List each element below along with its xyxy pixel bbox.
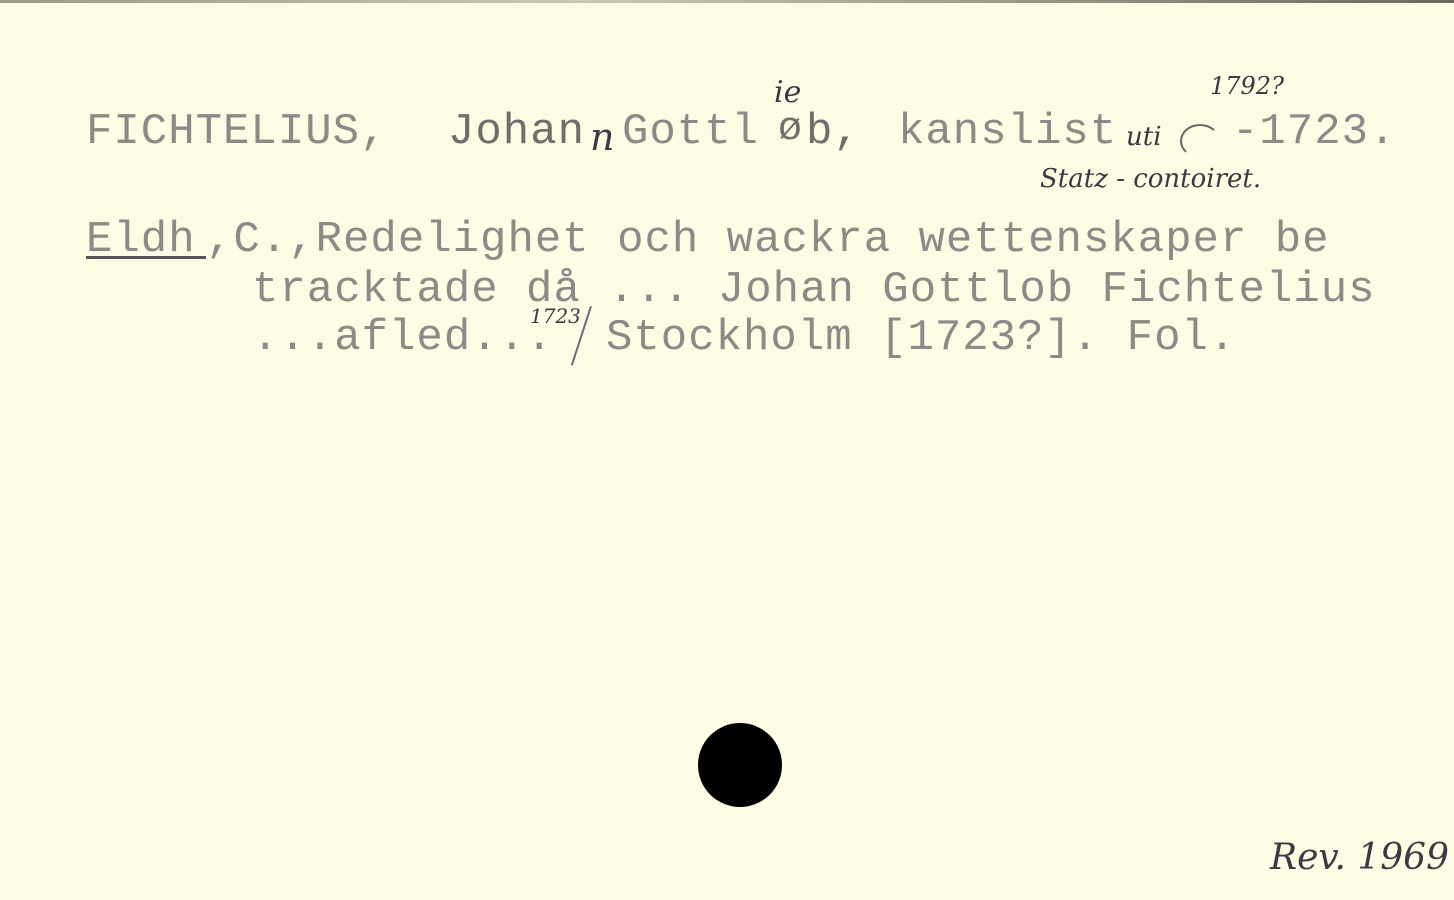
punch-hole bbox=[698, 723, 782, 807]
entry-line-2: tracktade då ... Johan Gottlob Fichteliu… bbox=[252, 268, 1376, 312]
insertion-mark bbox=[1180, 124, 1220, 158]
catalog-card: FICHTELIUS, Johan n Gottl ø b, ie kansli… bbox=[0, 0, 1454, 900]
struck-letter: ø bbox=[778, 110, 803, 150]
handwritten-year-above: 1792? bbox=[1210, 74, 1284, 98]
heading-occupation: kanslist bbox=[898, 110, 1117, 154]
handwritten-year-1723: 1723 bbox=[530, 306, 581, 326]
heading-death-year: -1723. bbox=[1232, 110, 1396, 154]
card-top-edge bbox=[0, 0, 1454, 3]
handwritten-correction-ie: ie bbox=[774, 78, 801, 108]
handwritten-statz-contoiret: Statz - contoiret. bbox=[1040, 166, 1261, 192]
handwritten-n: n bbox=[590, 118, 614, 156]
heading-surname: FICHTELIUS, bbox=[86, 110, 387, 154]
entry-line-3-rest: Stockholm [1723?]. Fol. bbox=[606, 316, 1236, 360]
entry-line-3-prefix: ...afled... bbox=[252, 316, 553, 360]
heading-middle-suffix: b, bbox=[806, 110, 861, 154]
author-underline bbox=[86, 256, 206, 259]
heading-given-name: Johan bbox=[448, 110, 585, 154]
heading-middle-name: Gottl bbox=[622, 110, 759, 154]
handwritten-revision-note: Rev. 1969 bbox=[1270, 840, 1449, 876]
entry-line-1: ,C.,Redelighet och wackra wettenskaper b… bbox=[206, 218, 1330, 262]
handwritten-uti: uti bbox=[1126, 124, 1162, 150]
